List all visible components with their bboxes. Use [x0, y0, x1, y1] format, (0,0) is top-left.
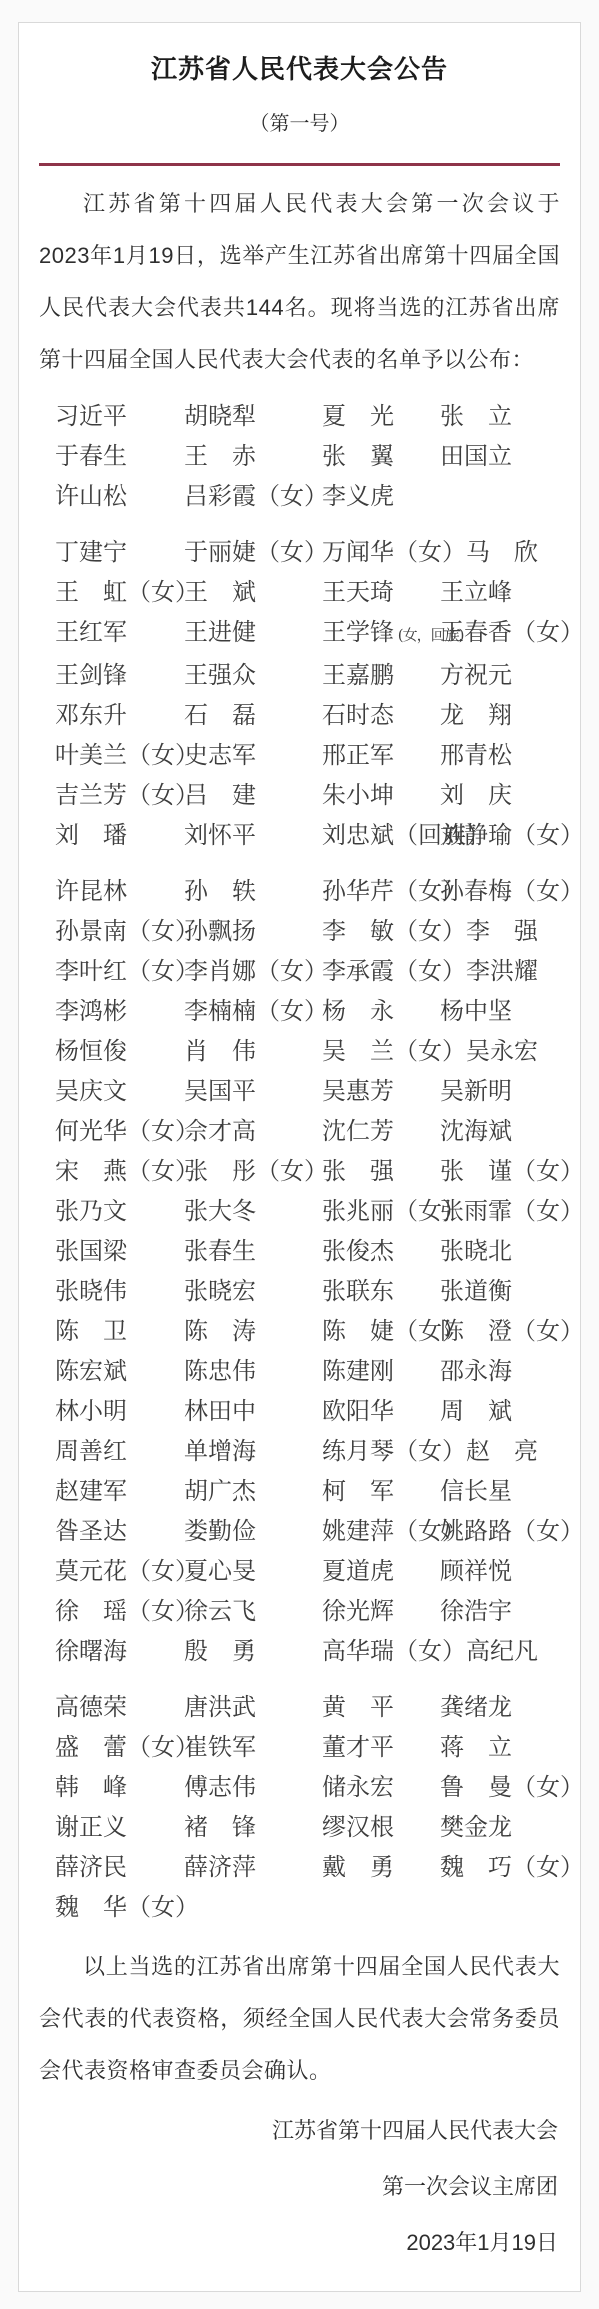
delegate-name: 欧阳华: [322, 1391, 440, 1431]
delegate-name: 肖 伟: [184, 1031, 322, 1071]
name-row: 盛 蕾（女）崔铁军董才平蒋 立: [55, 1727, 560, 1767]
delegate-name: 林小明: [55, 1391, 184, 1431]
delegate-name: 邵永海: [440, 1351, 560, 1391]
delegate-name: 魏 华（女）: [55, 1887, 184, 1927]
delegate-name: 王 虹（女）: [55, 572, 184, 612]
name-row: 李鸿彬李楠楠（女）杨 永杨中坚: [55, 991, 560, 1031]
delegate-name: 胡广杰: [184, 1471, 322, 1511]
delegate-name: 孙景南（女）: [55, 911, 184, 951]
name-row: 昝圣达娄勤俭姚建萍（女）姚路路（女）: [55, 1511, 560, 1551]
delegate-name: 朱小坤: [322, 775, 440, 815]
name-row: 许山松吕彩霞（女）李义虎: [55, 476, 560, 516]
delegate-name: 李洪耀: [466, 951, 560, 991]
delegate-name: 吕 建: [184, 775, 322, 815]
name-row: 韩 峰傅志伟储永宏鲁 曼（女）: [55, 1767, 560, 1807]
delegate-name: 徐曙海: [55, 1631, 184, 1671]
delegate-name: 许昆林: [55, 871, 184, 911]
name-row: 王红军王进健王学锋 (女，回族)王春香（女）: [55, 612, 560, 655]
delegate-name: 沈海斌: [440, 1111, 560, 1151]
delegate-name: 单增海: [184, 1431, 322, 1471]
delegate-name: 张春生: [184, 1231, 322, 1271]
delegate-name: 孙飘扬: [184, 911, 322, 951]
delegate-name: 刘忠斌（回族）: [322, 815, 440, 855]
delegate-name: 张晓伟: [55, 1271, 184, 1311]
delegate-name: 陈宏斌: [55, 1351, 184, 1391]
delegate-name: 陈建刚: [322, 1351, 440, 1391]
delegate-name: 夏道虎: [322, 1551, 440, 1591]
delegate-name: 习近平: [55, 396, 184, 436]
delegate-name: 叶美兰（女）: [55, 735, 184, 775]
delegate-name-list: 习近平胡晓犁夏 光张 立于春生王 赤张 翼田国立许山松吕彩霞（女）李义虎丁建宁于…: [39, 396, 560, 1927]
name-group: 丁建宁于丽婕（女）万闻华（女）马 欣王 虹（女）王 斌王天琦王立峰王红军王进健王…: [55, 532, 560, 855]
delegate-name: 王进健: [184, 612, 322, 655]
delegate-name: 于春生: [55, 436, 184, 476]
delegate-name: 黄 平: [322, 1687, 440, 1727]
delegate-name: 万闻华（女）: [322, 532, 466, 572]
name-row: 薛济民薛济萍戴 勇魏 巧（女）: [55, 1847, 560, 1887]
name-row: 吴庆文吴国平吴惠芳吴新明: [55, 1071, 560, 1111]
delegate-name: 邓东升: [55, 695, 184, 735]
delegate-name: 王立峰: [440, 572, 560, 612]
delegate-name: 张 谨（女）: [440, 1151, 584, 1191]
delegate-name: 樊金龙: [440, 1807, 560, 1847]
signature-date: 2023年1月19日: [39, 2215, 558, 2271]
delegate-name: 陈 卫: [55, 1311, 184, 1351]
delegate-name: 薛济萍: [184, 1847, 322, 1887]
name-row: 王剑锋王强众王嘉鹏方祝元: [55, 655, 560, 695]
delegate-name: 张国梁: [55, 1231, 184, 1271]
delegate-name: 胡晓犁: [184, 396, 322, 436]
name-row: 高德荣唐洪武黄 平龚绪龙: [55, 1687, 560, 1727]
name-row: 杨恒俊肖 伟吴 兰（女）吴永宏: [55, 1031, 560, 1071]
delegate-name: 王天琦: [322, 572, 440, 612]
delegate-name: 练月琴（女）: [322, 1431, 466, 1471]
name-row: 吉兰芳（女）吕 建朱小坤刘 庆: [55, 775, 560, 815]
delegate-name: 王 赤: [184, 436, 322, 476]
name-row: 于春生王 赤张 翼田国立: [55, 436, 560, 476]
delegate-name: 吴 兰（女）: [322, 1031, 466, 1071]
name-row: 徐曙海殷 勇高华瑞（女）高纪凡: [55, 1631, 560, 1671]
delegate-name: 徐光辉: [322, 1591, 440, 1631]
delegate-name: 吉兰芳（女）: [55, 775, 184, 815]
name-row: 张乃文张大冬张兆丽（女）张雨霏（女）: [55, 1191, 560, 1231]
delegate-name: 张联东: [322, 1271, 440, 1311]
delegate-name: 李 敏（女）: [322, 911, 466, 951]
delegate-name: 石 磊: [184, 695, 322, 735]
delegate-name: 李承霞（女）: [322, 951, 466, 991]
delegate-name: 刘 庆: [440, 775, 560, 815]
delegate-name: 史志军: [184, 735, 322, 775]
intro-paragraph: 江苏省第十四届人民代表大会第一次会议于2023年1月19日，选举产生江苏省出席第…: [39, 178, 560, 386]
name-row: 徐 瑶（女）徐云飞徐光辉徐浩宇: [55, 1591, 560, 1631]
delegate-name: 鲁 曼（女）: [440, 1767, 584, 1807]
delegate-name: 李楠楠（女）: [184, 991, 322, 1031]
delegate-name: 刘静瑜（女）: [440, 815, 584, 855]
name-row: 赵建军胡广杰柯 军信长星: [55, 1471, 560, 1511]
delegate-name: 张兆丽（女）: [322, 1191, 440, 1231]
delegate-name: 王剑锋: [55, 655, 184, 695]
name-row: 孙景南（女）孙飘扬李 敏（女）李 强: [55, 911, 560, 951]
name-row: 谢正义褚 锋缪汉根樊金龙: [55, 1807, 560, 1847]
name-row: 林小明林田中欧阳华周 斌: [55, 1391, 560, 1431]
signature-block: 江苏省第十四届人民代表大会 第一次会议主席团 2023年1月19日: [39, 2103, 560, 2271]
delegate-name: 许山松: [55, 476, 184, 516]
red-divider: [39, 163, 560, 166]
delegate-name: 周 斌: [440, 1391, 560, 1431]
name-row: 王 虹（女）王 斌王天琦王立峰: [55, 572, 560, 612]
name-row: 习近平胡晓犁夏 光张 立: [55, 396, 560, 436]
delegate-name: 信长星: [440, 1471, 560, 1511]
delegate-name: 吴国平: [184, 1071, 322, 1111]
delegate-name: 孙华芹（女）: [322, 871, 440, 911]
delegate-name: 夏心旻: [184, 1551, 322, 1591]
name-group: 高德荣唐洪武黄 平龚绪龙盛 蕾（女）崔铁军董才平蒋 立韩 峰傅志伟储永宏鲁 曼（…: [55, 1687, 560, 1927]
delegate-name: 吴惠芳: [322, 1071, 440, 1111]
delegate-name: 陈 涛: [184, 1311, 322, 1351]
delegate-name: 王 斌: [184, 572, 322, 612]
delegate-name: 邢青松: [440, 735, 560, 775]
delegate-name: 李叶红（女）: [55, 951, 184, 991]
delegate-name: 张道衡: [440, 1271, 560, 1311]
delegate-name: 张 彤（女）: [184, 1151, 322, 1191]
delegate-name: 褚 锋: [184, 1807, 322, 1847]
delegate-name: 陈 婕（女）: [322, 1311, 440, 1351]
page-subtitle: （第一号）: [39, 109, 560, 139]
delegate-name: 刘 璠: [55, 815, 184, 855]
name-row: 丁建宁于丽婕（女）万闻华（女）马 欣: [55, 532, 560, 572]
signature-line-organization: 江苏省第十四届人民代表大会: [39, 2103, 558, 2159]
delegate-name: 王春香（女）: [440, 612, 584, 655]
delegate-name: 薛济民: [55, 1847, 184, 1887]
announcement-page: 江苏省人民代表大会公告 （第一号） 江苏省第十四届人民代表大会第一次会议于202…: [0, 0, 599, 2306]
delegate-name: 吴新明: [440, 1071, 560, 1111]
name-row: 陈 卫陈 涛陈 婕（女）陈 澄（女）: [55, 1311, 560, 1351]
delegate-name: 蒋 立: [440, 1727, 560, 1767]
delegate-name: 莫元花（女）: [55, 1551, 184, 1591]
delegate-name: 刘怀平: [184, 815, 322, 855]
delegate-name: 陈忠伟: [184, 1351, 322, 1391]
delegate-name: 孙春梅（女）: [440, 871, 584, 911]
delegate-name: 张晓宏: [184, 1271, 322, 1311]
delegate-name: 王红军: [55, 612, 184, 655]
name-row: 宋 燕（女）张 彤（女）张 强张 谨（女）: [55, 1151, 560, 1191]
delegate-name: 李肖娜（女）: [184, 951, 322, 991]
delegate-name: 张 翼: [322, 436, 440, 476]
delegate-name: 周善红: [55, 1431, 184, 1471]
name-row: 周善红单增海练月琴（女）赵 亮: [55, 1431, 560, 1471]
delegate-name: 吕彩霞（女）: [184, 476, 322, 516]
delegate-name: 柯 军: [322, 1471, 440, 1511]
delegate-name: 龙 翔: [440, 695, 560, 735]
delegate-name: 谢正义: [55, 1807, 184, 1847]
name-row: 魏 华（女）: [55, 1887, 560, 1927]
delegate-name: 何光华（女）: [55, 1111, 184, 1151]
delegate-name: 杨恒俊: [55, 1031, 184, 1071]
delegate-name: 孙 轶: [184, 871, 322, 911]
name-row: 莫元花（女）夏心旻夏道虎顾祥悦: [55, 1551, 560, 1591]
delegate-name: 张 立: [440, 396, 560, 436]
closing-paragraph: 以上当选的江苏省出席第十四届全国人民代表大会代表的代表资格，须经全国人民代表大会…: [39, 1941, 560, 2097]
delegate-name: 宋 燕（女）: [55, 1151, 184, 1191]
delegate-name: 田国立: [440, 436, 560, 476]
name-group: 许昆林孙 轶孙华芹（女）孙春梅（女）孙景南（女）孙飘扬李 敏（女）李 强李叶红（…: [55, 871, 560, 1671]
delegate-name: 魏 巧（女）: [440, 1847, 584, 1887]
delegate-name: 马 欣: [466, 532, 560, 572]
delegate-name: 方祝元: [440, 655, 560, 695]
delegate-name: 娄勤俭: [184, 1511, 322, 1551]
delegate-name: 姚建萍（女）: [322, 1511, 440, 1551]
delegate-name: 于丽婕（女）: [184, 532, 322, 572]
delegate-name: 陈 澄（女）: [440, 1311, 584, 1351]
delegate-name: 杨 永: [322, 991, 440, 1031]
delegate-name: 董才平: [322, 1727, 440, 1767]
delegate-name: 李鸿彬: [55, 991, 184, 1031]
delegate-name: 高纪凡: [466, 1631, 560, 1671]
delegate-name: 戴 勇: [322, 1847, 440, 1887]
delegate-name: 李 强: [466, 911, 560, 951]
delegate-name: 韩 峰: [55, 1767, 184, 1807]
delegate-name: 顾祥悦: [440, 1551, 560, 1591]
delegate-name: 佘才高: [184, 1111, 322, 1151]
delegate-name: 林田中: [184, 1391, 322, 1431]
delegate-name: 吴庆文: [55, 1071, 184, 1111]
delegate-name: 石时态: [322, 695, 440, 735]
delegate-name: 夏 光: [322, 396, 440, 436]
delegate-name: 王嘉鹏: [322, 655, 440, 695]
name-row: 何光华（女）佘才高沈仁芳沈海斌: [55, 1111, 560, 1151]
delegate-name: 张晓北: [440, 1231, 560, 1271]
delegate-name: 盛 蕾（女）: [55, 1727, 184, 1767]
delegate-name: 殷 勇: [184, 1631, 322, 1671]
delegate-name: 王强众: [184, 655, 322, 695]
delegate-name: 唐洪武: [184, 1687, 322, 1727]
delegate-name: 徐浩宇: [440, 1591, 560, 1631]
delegate-name: 缪汉根: [322, 1807, 440, 1847]
delegate-name: 高德荣: [55, 1687, 184, 1727]
name-row: 陈宏斌陈忠伟陈建刚邵永海: [55, 1351, 560, 1391]
delegate-name: 高华瑞（女）: [322, 1631, 466, 1671]
name-row: 许昆林孙 轶孙华芹（女）孙春梅（女）: [55, 871, 560, 911]
page-title: 江苏省人民代表大会公告: [39, 51, 560, 87]
name-row: 叶美兰（女）史志军邢正军邢青松: [55, 735, 560, 775]
name-row: 李叶红（女）李肖娜（女）李承霞（女）李洪耀: [55, 951, 560, 991]
delegate-name: 徐云飞: [184, 1591, 322, 1631]
delegate-name: 杨中坚: [440, 991, 560, 1031]
delegate-name: 赵 亮: [466, 1431, 560, 1471]
name-row: 张晓伟张晓宏张联东张道衡: [55, 1271, 560, 1311]
delegate-name: 张雨霏（女）: [440, 1191, 584, 1231]
delegate-name: 储永宏: [322, 1767, 440, 1807]
delegate-name: 吴永宏: [466, 1031, 560, 1071]
name-group: 习近平胡晓犁夏 光张 立于春生王 赤张 翼田国立许山松吕彩霞（女）李义虎: [55, 396, 560, 516]
name-row: 刘 璠刘怀平刘忠斌（回族）刘静瑜（女）: [55, 815, 560, 855]
delegate-name: 李义虎: [322, 476, 440, 516]
delegate-name: 张 强: [322, 1151, 440, 1191]
delegate-name: 徐 瑶（女）: [55, 1591, 184, 1631]
delegate-name: 张乃文: [55, 1191, 184, 1231]
delegate-name: 崔铁军: [184, 1727, 322, 1767]
name-row: 张国梁张春生张俊杰张晓北: [55, 1231, 560, 1271]
delegate-name: 张俊杰: [322, 1231, 440, 1271]
name-row: 邓东升石 磊石时态龙 翔: [55, 695, 560, 735]
delegate-name: 沈仁芳: [322, 1111, 440, 1151]
delegate-name: 丁建宁: [55, 532, 184, 572]
delegate-name: 姚路路（女）: [440, 1511, 584, 1551]
delegate-name: 龚绪龙: [440, 1687, 560, 1727]
delegate-name: 邢正军: [322, 735, 440, 775]
delegate-name: 傅志伟: [184, 1767, 322, 1807]
delegate-name: 张大冬: [184, 1191, 322, 1231]
delegate-name: 昝圣达: [55, 1511, 184, 1551]
delegate-name: 王学锋 (女，回族): [322, 612, 440, 655]
delegate-name: 赵建军: [55, 1471, 184, 1511]
signature-line-presidium: 第一次会议主席团: [39, 2159, 558, 2215]
announcement-card: 江苏省人民代表大会公告 （第一号） 江苏省第十四届人民代表大会第一次会议于202…: [18, 22, 581, 2292]
